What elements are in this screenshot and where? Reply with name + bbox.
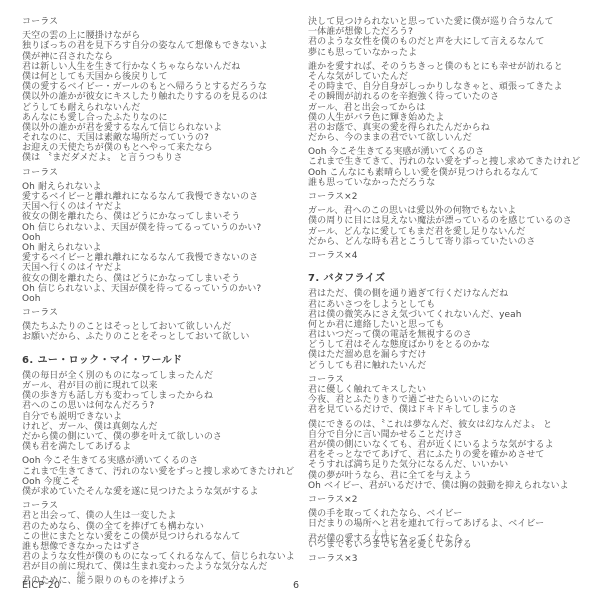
chorus-label: コーラス bbox=[22, 168, 296, 178]
lyric-line: Oh 耐えられないよ bbox=[22, 182, 296, 192]
lyric-line: Oh ベイビー、君がいるだけで、僕は胸の鼓動を抑えられないよ bbox=[308, 481, 594, 491]
lyric-line: どうしても君に触れたいんだ bbox=[308, 361, 594, 371]
lyric-line: 僕以外の誰かが君を愛するなんて信じられないよ bbox=[22, 123, 296, 133]
lyric-line: その時まで、自分自身がしっかりしなきゃと、頑張ってきたよ bbox=[308, 82, 594, 92]
lyric-stanza: ガール、君へのこの思いは愛以外の何物でもないよ僕の周りに目には見えない魔法が漂っ… bbox=[308, 206, 594, 247]
lyric-line: 一体誰が想像しただろう? bbox=[308, 27, 594, 37]
lyric-line: 君に優しく触れてキスしたい bbox=[308, 385, 594, 395]
lyric-stanza: Oh 耐えられないよ愛するベイビーと離れ離れになるなんて我慢できないのさ天国へ行… bbox=[22, 182, 296, 304]
lyric-line: 君へのこの思いは何なんだろう? bbox=[22, 401, 296, 411]
chorus-label: コーラス bbox=[22, 501, 296, 511]
lyric-line: 君が僕の愛する女性ヒトになってくれたら bbox=[308, 530, 594, 540]
lyric-line: 僕が求めていたそんな愛を遂に見つけたような気がするよ bbox=[22, 487, 296, 497]
lyric-line: 天国へ行くのはイヤだよ bbox=[22, 263, 296, 273]
lyric-line: Ooh こんなにも素晴らしい愛を僕が見つけられるなんて bbox=[308, 168, 594, 178]
lyric-line: Oh 信じられないよ、天国が僕を待ってるっていうのかい? bbox=[22, 223, 296, 233]
lyric-line: 愛するベイビーと離れ離れになるなんて我慢できないのさ bbox=[22, 253, 296, 263]
lyric-line: 彼女の側を離れたら、僕はどうにかなってしまいそう bbox=[22, 212, 296, 222]
lyric-line: 天空の雲の上に腰掛けながら bbox=[22, 31, 296, 41]
lyric-line: Oh 信じられないよ、天国が僕を待ってるっていうのかい? bbox=[22, 284, 296, 294]
lyric-line: 夢にも思っていなかったよ bbox=[308, 48, 594, 58]
lyric-line: 愛するベイビーと離れ離れになるなんて我慢できないのさ bbox=[22, 192, 296, 202]
lyric-stanza: Ooh 今こそ生きてる実感が湧いてくるのさこれまで生きてきて、汚れのない愛をずっ… bbox=[22, 456, 296, 497]
lyric-line: 君が僕の側にいなくても、君が近くにいるような気がするよ bbox=[308, 440, 594, 450]
lyric-line: お迎えの天使たちが僕のもとへやって来たなら bbox=[22, 143, 296, 153]
lyric-line: そうすれば満ち足りた気分になるんだ、いいかい bbox=[308, 460, 594, 470]
lyric-line: 僕以外の誰かが彼女にキスしたり触れたりするのを見るのは bbox=[22, 92, 296, 102]
lyric-line: 僕の歩き方も話し方も変わってしまったからね bbox=[22, 391, 296, 401]
lyric-line: Ooh bbox=[22, 233, 296, 243]
lyric-line: 僕の人生がバラ色に輝き始めたよ bbox=[308, 113, 594, 123]
chorus-label: コーラス×2 bbox=[308, 192, 594, 202]
lyric-line: Ooh 今こそ生きてる実感が湧いてくるのさ bbox=[22, 456, 296, 466]
lyric-line: この世にまたとない愛をこの僕が見つけられるなんて bbox=[22, 532, 296, 542]
lyric-line: だから、どんな時も君とこうして寄り添っていたいのさ bbox=[308, 237, 594, 247]
lyric-line: 僕の毎日が全く別のものになってしまったんだ bbox=[22, 371, 296, 381]
chorus-label: コーラス bbox=[22, 308, 296, 318]
chorus-label: コーラス×2 bbox=[308, 495, 594, 505]
lyric-stanza: 僕の手を取ってくれたなら、ベイビー日だまりの場所へと君を連れて行ってあげるよ、ベ… bbox=[308, 509, 594, 550]
lyric-line: 君のためなら、僕の全てを捧げても構わない bbox=[22, 522, 296, 532]
lyric-line: そんな気がしていたんだ bbox=[308, 72, 594, 82]
lyric-line: 僕にできるのは、〝これは夢なんだ、彼女は幻なんだよ〟 と bbox=[308, 420, 594, 430]
lyric-stanza: 誰かを愛すれば、そのうちきっと僕のもとにも幸せが訪れるとそんな気がしていたんだそ… bbox=[308, 62, 594, 144]
lyric-stanza: 君はただ、僕の側を通り過ぎて行くだけなんだね君にあいさつをしようとしても君は僕の… bbox=[308, 289, 594, 371]
lyric-line: 僕の周りに目には見えない魔法が漂っているのを感じているのさ bbox=[308, 216, 594, 226]
lyric-line: 僕も君を満たしてあげるよ bbox=[22, 442, 296, 452]
lyric-line: お願いだから、ふたりのことをそっとしておいて欲しい bbox=[22, 332, 296, 342]
lyric-line: 君のような女性を僕のものだと声を大にして言えるなんて bbox=[308, 37, 594, 47]
lyric-line: 君が目の前に現れて、僕は生まれ変わったような気分なんだ bbox=[22, 562, 296, 572]
lyric-line: 決して見つけられないと思っていた愛に僕が巡り合うなんて bbox=[308, 17, 594, 27]
lyric-line: 今夜、君とふたりきりで過ごせたらいいのにな bbox=[308, 395, 594, 405]
lyric-line: 君はいつだって僕の電話を無視するのさ bbox=[308, 330, 594, 340]
lyric-line: 君は新しい人生を生きて行かなくちゃならないんだね bbox=[22, 62, 296, 72]
lyric-line: ガール、君が目の前に現れて以来 bbox=[22, 381, 296, 391]
lyric-line: 誰も思っていなかっただろうな bbox=[308, 178, 594, 188]
lyrics-column-right: 決して見つけられないと思っていた愛に僕が巡り合うなんて一体誰が想像しただろう?君… bbox=[308, 17, 594, 568]
lyric-line: あんなにも愛し合ったふたりなのに bbox=[22, 113, 296, 123]
lyric-line: 君のお蔭で、真実の愛を得られたんだからね bbox=[308, 123, 594, 133]
lyric-stanza: 君と出会って、僕の人生は一変したよ君のためなら、僕の全てを捧げても構わないこの世… bbox=[22, 511, 296, 582]
song-title: 7. バタフライズ bbox=[308, 274, 594, 284]
lyric-line: 君はただ、僕の側を通り過ぎて行くだけなんだね bbox=[308, 289, 594, 299]
lyrics-column-left: コーラス天空の雲の上に腰掛けながら独りぼっちの君を見下ろす自分の姿なんて想像もで… bbox=[22, 17, 296, 587]
lyric-line: Ooh bbox=[22, 294, 296, 304]
lyrics-booklet-page: コーラス天空の雲の上に腰掛けながら独りぼっちの君を見下ろす自分の姿なんて想像もで… bbox=[0, 0, 599, 606]
song-title: 6. ユー・ロック・マイ・ワールド bbox=[22, 356, 296, 366]
lyric-line: 誰も想像できなかったはずさ bbox=[22, 542, 296, 552]
lyric-line: ガール、君へのこの思いは愛以外の何物でもないよ bbox=[308, 206, 594, 216]
lyric-line: 誰かを愛すれば、そのうちきっと僕のもとにも幸せが訪れると bbox=[308, 62, 594, 72]
lyric-line: だから、今のままの君でいて欲しいんだ bbox=[308, 133, 594, 143]
lyric-line: 日だまりの場所へと君を連れて行ってあげるよ、ベイビー bbox=[308, 519, 594, 529]
lyric-line: これまで生きてきて、汚れのない愛をずっと捜し求めてきたけれど bbox=[308, 157, 594, 167]
lyric-line: Oh 耐えられないよ bbox=[22, 243, 296, 253]
lyric-line: 僕の手を取ってくれたなら、ベイビー bbox=[308, 509, 594, 519]
lyric-line: それなのに、天国は素敵な場所だっていうの? bbox=[22, 133, 296, 143]
lyric-line: どうして君はそんな態度ばかりをとるのかな bbox=[308, 340, 594, 350]
lyric-line: 自分で自分に言い聞かせることだけさ bbox=[308, 430, 594, 440]
lyric-line: Ooh 今度こそ bbox=[22, 477, 296, 487]
lyric-line: けれど、ガール、僕は真剣なんだ bbox=[22, 422, 296, 432]
lyric-line: どうしても耐えられないんだ bbox=[22, 103, 296, 113]
lyric-line: 僕は何としても天国から後戻りして bbox=[22, 72, 296, 82]
lyric-stanza: Ooh 今こそ生きてる実感が湧いてくるのさこれまで生きてきて、汚れのない愛をずっ… bbox=[308, 147, 594, 188]
lyric-line: 天国へ行くのはイヤだよ bbox=[22, 202, 296, 212]
chorus-label: コーラス×4 bbox=[308, 251, 594, 261]
lyric-line: 君を見ているだけで、僕はドキドキしてしまうのさ bbox=[308, 405, 594, 415]
lyric-stanza: 僕にできるのは、〝これは夢なんだ、彼女は幻なんだよ〟 と自分で自分に言い聞かせる… bbox=[308, 420, 594, 491]
lyric-line: 君のために、能あたう限りのものを捧げよう bbox=[22, 572, 296, 582]
lyric-stanza: 僕たちふたりのことはそっとしておいて欲しいんだお願いだから、ふたりのことをそっと… bbox=[22, 322, 296, 342]
lyric-line: 僕はただ溜め息を漏らすだけ bbox=[308, 350, 594, 360]
lyric-line: 僕の愛するベイビー・ガールのもとへ帰ろうとするだろうな bbox=[22, 82, 296, 92]
lyric-line: 自分でも説明できないよ bbox=[22, 412, 296, 422]
furigana-ruby: 能あた bbox=[77, 576, 86, 586]
lyric-line: 僕が神に召されたなら bbox=[22, 52, 296, 62]
lyric-line: その瞬間が訪れるのを辛抱強く待っていたのさ bbox=[308, 92, 594, 102]
lyric-stanza: 決して見つけられないと思っていた愛に僕が巡り合うなんて一体誰が想像しただろう?君… bbox=[308, 17, 594, 58]
lyric-line: 君と出会って、僕の人生は一変したよ bbox=[22, 511, 296, 521]
lyric-stanza: 君に優しく触れてキスしたい今夜、君とふたりきりで過ごせたらいいのにな君を見ている… bbox=[308, 385, 594, 416]
lyric-line: 君のような女性が僕のものになってくれるなんて、信じられないよ bbox=[22, 552, 296, 562]
lyric-line: 君は僕の微笑みにさえ気づいてくれないんだ、yeah bbox=[308, 310, 594, 320]
lyric-line: 君をそっとなでてあげて、君にふたりの愛を確かめさせて bbox=[308, 450, 594, 460]
lyric-stanza: 僕の毎日が全く別のものになってしまったんだガール、君が目の前に現れて以来僕の歩き… bbox=[22, 371, 296, 453]
lyric-line: だから僕の側にいて、僕の夢を叶えて欲しいのさ bbox=[22, 432, 296, 442]
chorus-label: コーラス bbox=[22, 17, 296, 27]
lyric-line: ガール、どんなに愛してもまだ君を愛し足りないんだ bbox=[308, 227, 594, 237]
catalog-number: EICP 20 bbox=[22, 580, 60, 591]
lyric-line: ガール、君と出会ってからは bbox=[308, 103, 594, 113]
lyric-line: 何とか君に連絡したいと思っても bbox=[308, 320, 594, 330]
lyric-line: 僕の夢が叶うなら、君に全てを与えよう bbox=[308, 471, 594, 481]
lyric-line: いつまでもいつまでも君を愛してあげる bbox=[308, 540, 594, 550]
lyric-line: 君にあいさつをしようとしても bbox=[308, 300, 594, 310]
lyric-line: Ooh 今こそ生きてる実感が湧いてくるのさ bbox=[308, 147, 594, 157]
chorus-label: コーラス bbox=[308, 375, 594, 385]
lyric-line: これまで生きてきて、汚れのない愛をずっと捜し求めてきたけれど bbox=[22, 467, 296, 477]
lyric-line: 彼女の側を離れたら、僕はどうにかなってしまいそう bbox=[22, 274, 296, 284]
chorus-label: コーラス×3 bbox=[308, 554, 594, 564]
page-number: 6 bbox=[293, 580, 299, 591]
lyric-stanza: 天空の雲の上に腰掛けながら独りぼっちの君を見下ろす自分の姿なんて想像もできないよ… bbox=[22, 31, 296, 163]
lyric-line: 僕は 〝まだダメだよ〟 と言うつもりさ bbox=[22, 153, 296, 163]
lyric-line: 僕たちふたりのことはそっとしておいて欲しいんだ bbox=[22, 322, 296, 332]
lyric-line: 独りぼっちの君を見下ろす自分の姿なんて想像もできないよ bbox=[22, 41, 296, 51]
